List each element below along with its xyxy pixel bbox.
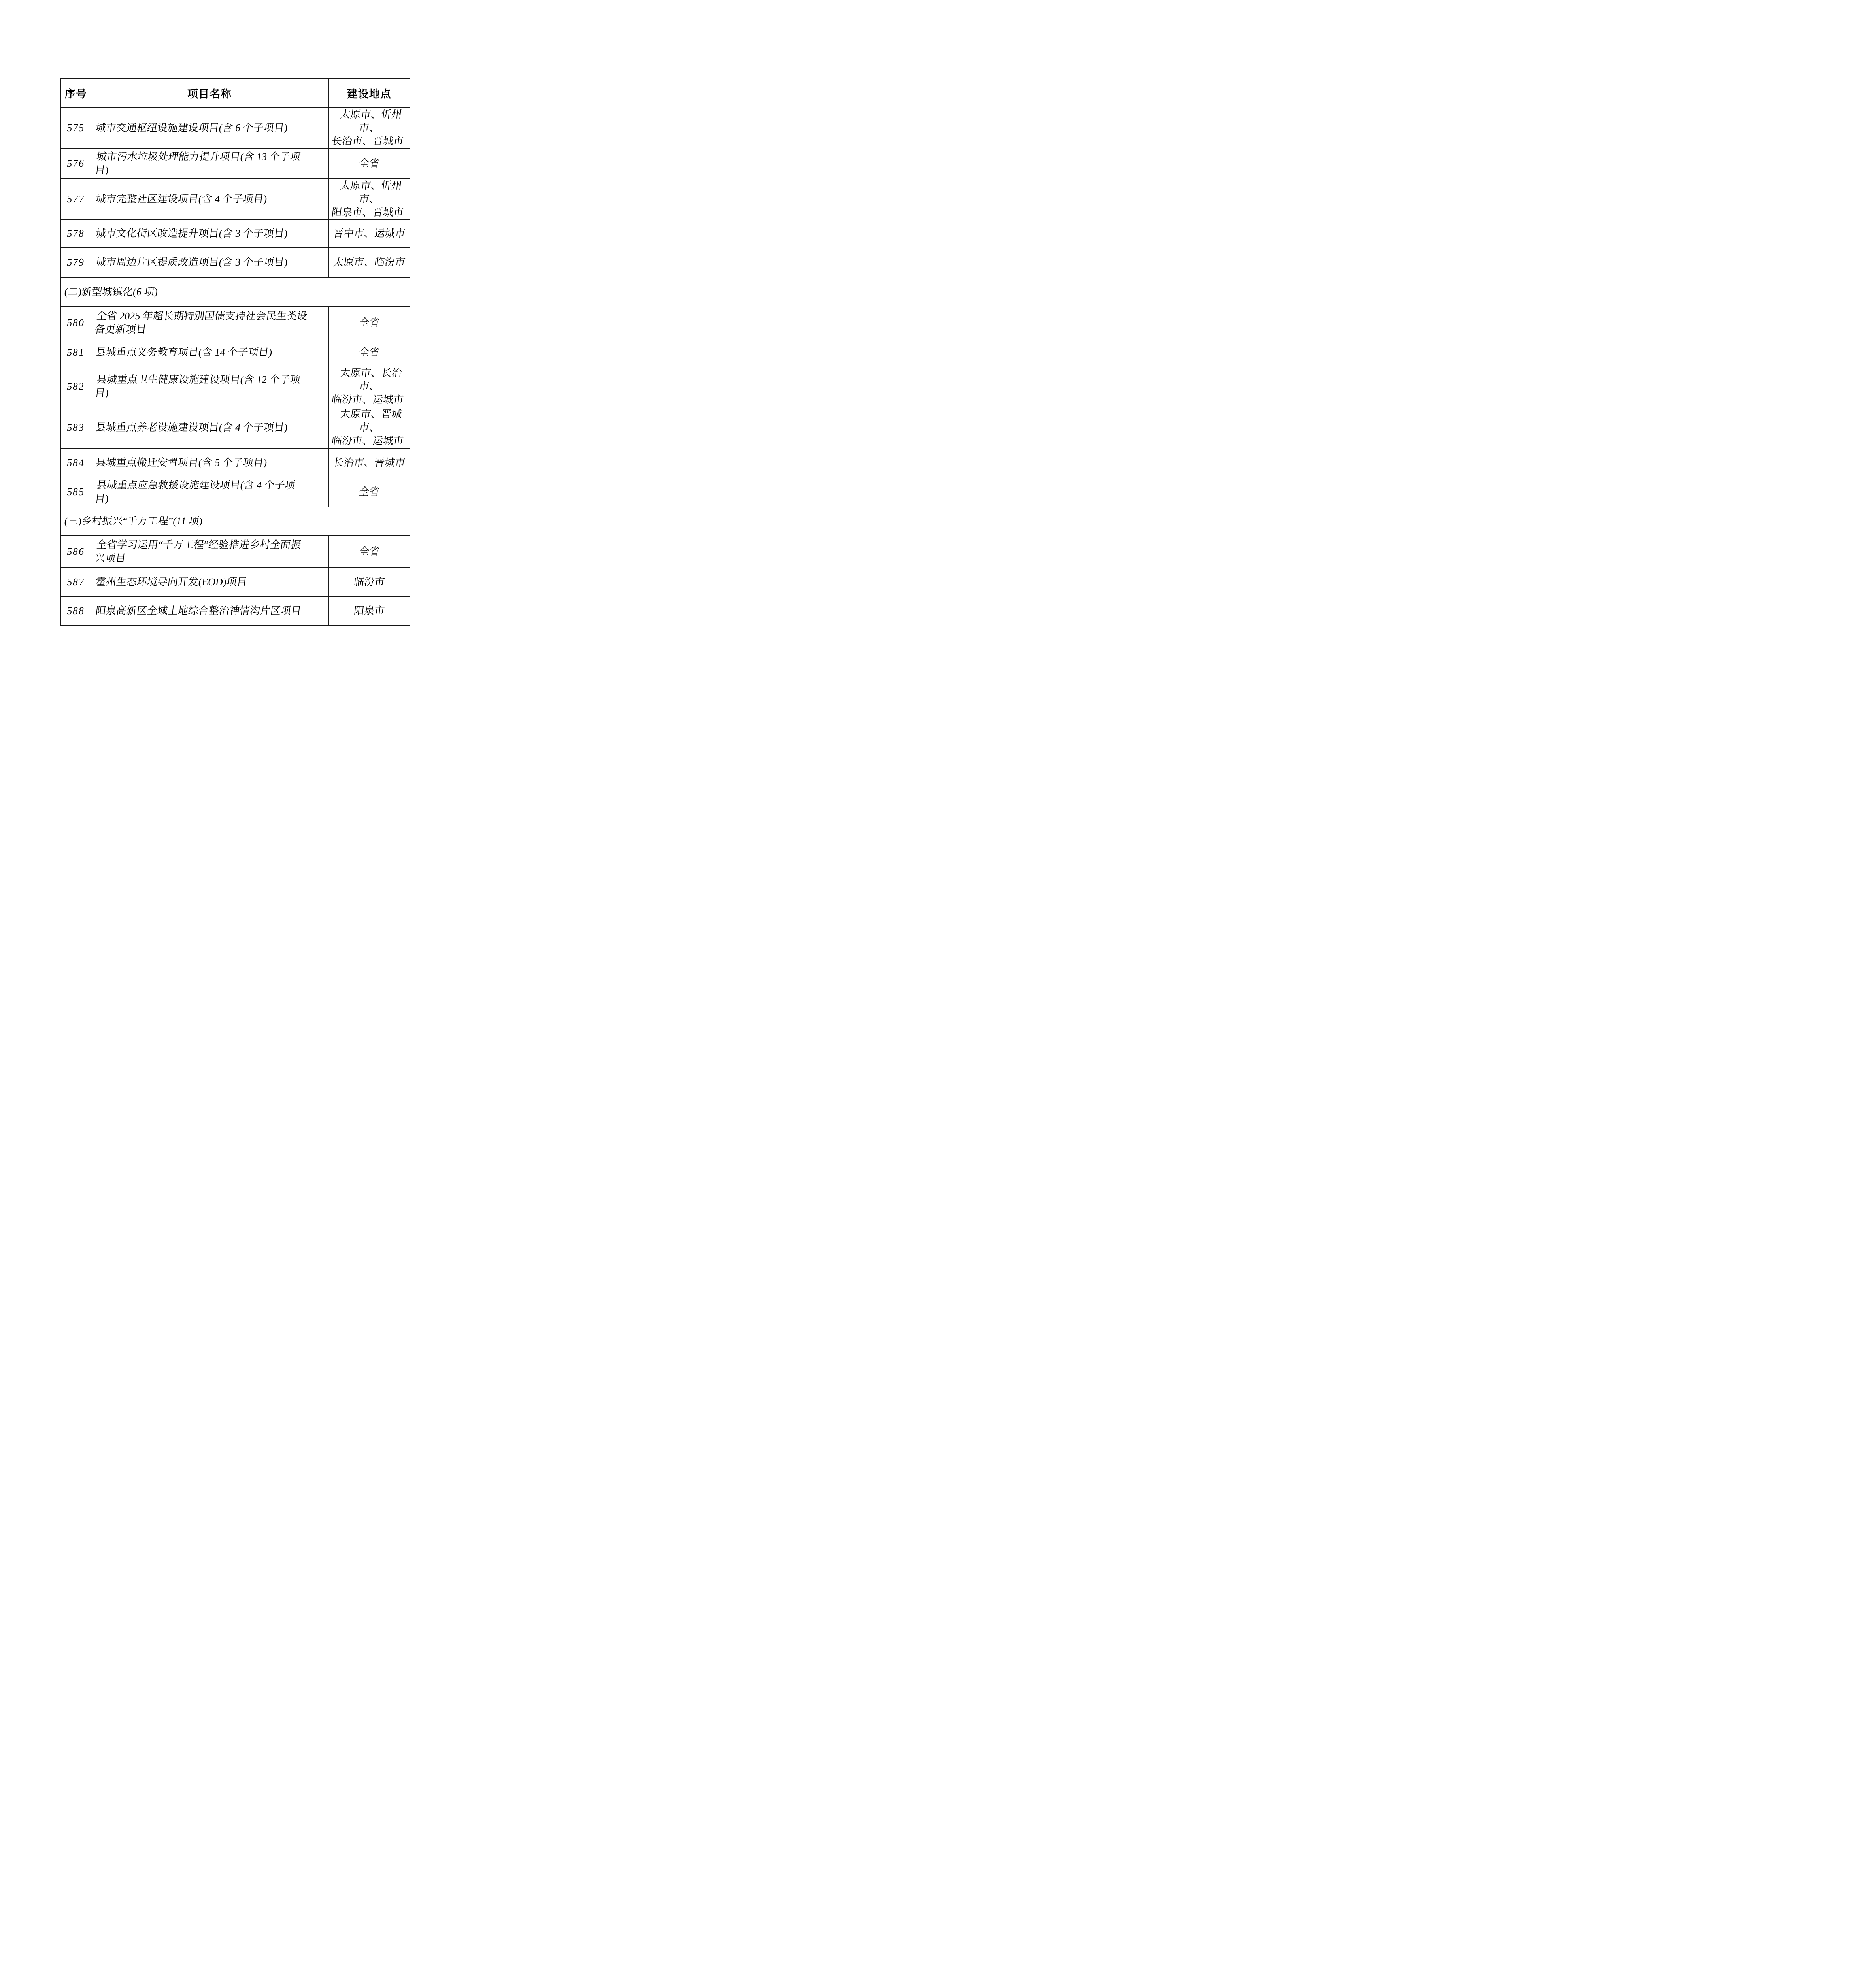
serial-cell: 575 [61,107,91,149]
section-cell: (三)乡村振兴“千万工程”(11 项) [61,507,410,535]
location-cell: 晋中市、运城市 [328,220,410,247]
serial-cell: 576 [61,149,91,179]
table-row: 587 霍州生态环境导向开发(EOD)项目 临汾市 [61,568,410,597]
table-row: 583 县城重点养老设施建设项目(含 4 个子项目) 太原市、晋城市、 临汾市、… [61,407,410,448]
serial-number: 575 [61,121,91,135]
header-location-cell: 建设地点 [328,78,410,107]
header-serial-cell: 序号 [61,78,91,107]
serial-number: 586 [61,545,91,558]
location-cell: 长治市、晋城市 [328,448,410,477]
serial-number: 584 [61,456,91,469]
serial-number: 576 [61,157,91,170]
serial-cell: 580 [61,306,91,339]
project-name: 城市完整社区建设项目(含 4 个子项目) [91,192,328,206]
table-row: 584 县城重点搬迁安置项目(含 5 个子项目) 长治市、晋城市 [61,448,410,477]
header-name-cell: 项目名称 [91,78,328,107]
project-name-cell: 城市周边片区提质改造项目(含 3 个子项目) [91,247,328,277]
project-name-cell: 阳泉高新区全域土地综合整治神情沟片区项目 [91,597,328,625]
project-name-cell: 县城重点养老设施建设项目(含 4 个子项目) [91,407,328,448]
project-name: 城市交通枢纽设施建设项目(含 6 个子项目) [91,121,328,135]
serial-cell: 585 [61,477,91,507]
serial-number: 581 [61,346,91,359]
section-label: (三)乡村振兴“千万工程”(11 项) [61,515,410,528]
location-cell: 全省 [328,477,410,507]
serial-cell: 578 [61,220,91,247]
location-cell: 全省 [328,306,410,339]
table-row: 585 县城重点应急救援设施建设项目(含 4 个子项 目) 全省 [61,477,410,507]
project-name-cell: 县城重点卫生健康设施建设项目(含 12 个子项 目) [91,366,328,407]
serial-cell: 579 [61,247,91,277]
location-text: 太原市、忻州市、 长治市、晋城市 [328,108,410,148]
location-text: 太原市、忻州市、 阳泉市、晋城市 [328,179,410,219]
serial-number: 585 [61,485,91,499]
table-row: 577 城市完整社区建设项目(含 4 个子项目) 太原市、忻州市、 阳泉市、晋城… [61,179,410,220]
location-text: 长治市、晋城市 [328,456,410,469]
serial-cell: 583 [61,407,91,448]
project-name: 阳泉高新区全域土地综合整治神情沟片区项目 [91,604,328,618]
serial-cell: 586 [61,535,91,568]
serial-cell: 581 [61,339,91,366]
serial-number: 583 [61,421,91,434]
location-cell: 阳泉市 [328,597,410,625]
serial-cell: 584 [61,448,91,477]
section-label: (二)新型城镇化(6 项) [61,285,410,299]
serial-cell: 587 [61,568,91,597]
table-row: 576 城市污水垃圾处理能力提升项目(含 13 个子项 目) 全省 [61,149,410,179]
project-name-cell: 城市污水垃圾处理能力提升项目(含 13 个子项 目) [91,149,328,179]
project-name-cell: 城市文化街区改造提升项目(含 3 个子项目) [91,220,328,247]
table-header-row: 序号 项目名称 建设地点 [61,78,410,107]
location-text: 太原市、长治市、 临汾市、运城市 [328,366,410,407]
location-cell: 临汾市 [328,568,410,597]
table-row: 586 全省学习运用“千万工程”经验推进乡村全面振 兴项目 全省 [61,535,410,568]
location-text: 全省 [328,316,410,330]
location-cell: 全省 [328,535,410,568]
project-name: 城市污水垃圾处理能力提升项目(含 13 个子项 目) [91,150,328,177]
serial-cell: 577 [61,179,91,220]
project-name: 城市周边片区提质改造项目(含 3 个子项目) [91,256,328,269]
project-name-cell: 县城重点应急救援设施建设项目(含 4 个子项 目) [91,477,328,507]
serial-number: 578 [61,227,91,240]
serial-number: 587 [61,575,91,589]
location-text: 临汾市 [328,575,410,589]
location-text: 全省 [328,157,410,170]
serial-number: 582 [61,380,91,393]
project-name: 霍州生态环境导向开发(EOD)项目 [91,575,328,589]
location-text: 全省 [328,545,410,558]
project-name: 全省 2025 年超长期特别国债支持社会民生类设 备更新项目 [91,309,328,336]
location-text: 太原市、临汾市 [328,256,410,269]
location-cell: 全省 [328,149,410,179]
location-text: 全省 [328,346,410,359]
table-row: 588 阳泉高新区全域土地综合整治神情沟片区项目 阳泉市 [61,597,410,625]
table-row: 579 城市周边片区提质改造项目(含 3 个子项目) 太原市、临汾市 [61,247,410,277]
serial-cell: 588 [61,597,91,625]
header-location-label: 建设地点 [329,85,410,101]
location-text: 阳泉市 [328,604,410,618]
document-page: 序号 项目名称 建设地点 575 城市交通枢纽设施建设项目(含 6 个子项目) … [0,0,469,657]
serial-cell: 582 [61,366,91,407]
location-cell: 太原市、忻州市、 阳泉市、晋城市 [328,179,410,220]
serial-number: 579 [61,256,91,269]
table-row: 580 全省 2025 年超长期特别国债支持社会民生类设 备更新项目 全省 [61,306,410,339]
header-name-label: 项目名称 [91,85,328,101]
location-cell: 太原市、晋城市、 临汾市、运城市 [328,407,410,448]
table-row: 575 城市交通枢纽设施建设项目(含 6 个子项目) 太原市、忻州市、 长治市、… [61,107,410,149]
project-name: 全省学习运用“千万工程”经验推进乡村全面振 兴项目 [91,538,328,565]
serial-number: 580 [61,316,91,330]
location-cell: 太原市、长治市、 临汾市、运城市 [328,366,410,407]
project-name-cell: 全省学习运用“千万工程”经验推进乡村全面振 兴项目 [91,535,328,568]
project-name: 县城重点卫生健康设施建设项目(含 12 个子项 目) [91,373,328,400]
section-row: (二)新型城镇化(6 项) [61,277,410,306]
location-cell: 太原市、忻州市、 长治市、晋城市 [328,107,410,149]
project-name-cell: 城市完整社区建设项目(含 4 个子项目) [91,179,328,220]
table-row: 578 城市文化街区改造提升项目(含 3 个子项目) 晋中市、运城市 [61,220,410,247]
location-text: 晋中市、运城市 [328,227,410,240]
project-name: 县城重点养老设施建设项目(含 4 个子项目) [91,421,328,434]
project-name: 城市文化街区改造提升项目(含 3 个子项目) [91,227,328,240]
table-row: 582 县城重点卫生健康设施建设项目(含 12 个子项 目) 太原市、长治市、 … [61,366,410,407]
project-name-cell: 县城重点搬迁安置项目(含 5 个子项目) [91,448,328,477]
serial-number: 588 [61,604,91,618]
project-name: 县城重点义务教育项目(含 14 个子项目) [91,346,328,359]
table-row: 581 县城重点义务教育项目(含 14 个子项目) 全省 [61,339,410,366]
project-name: 县城重点搬迁安置项目(含 5 个子项目) [91,456,328,469]
project-name-cell: 城市交通枢纽设施建设项目(含 6 个子项目) [91,107,328,149]
section-cell: (二)新型城镇化(6 项) [61,277,410,306]
project-name-cell: 全省 2025 年超长期特别国债支持社会民生类设 备更新项目 [91,306,328,339]
location-text: 太原市、晋城市、 临汾市、运城市 [328,407,410,448]
location-cell: 太原市、临汾市 [328,247,410,277]
project-name: 县城重点应急救援设施建设项目(含 4 个子项 目) [91,479,328,505]
location-text: 全省 [328,485,410,499]
projects-table: 序号 项目名称 建设地点 575 城市交通枢纽设施建设项目(含 6 个子项目) … [60,78,410,626]
project-name-cell: 霍州生态环境导向开发(EOD)项目 [91,568,328,597]
section-row: (三)乡村振兴“千万工程”(11 项) [61,507,410,535]
header-serial-label: 序号 [61,85,91,101]
serial-number: 577 [61,192,91,206]
project-name-cell: 县城重点义务教育项目(含 14 个子项目) [91,339,328,366]
location-cell: 全省 [328,339,410,366]
